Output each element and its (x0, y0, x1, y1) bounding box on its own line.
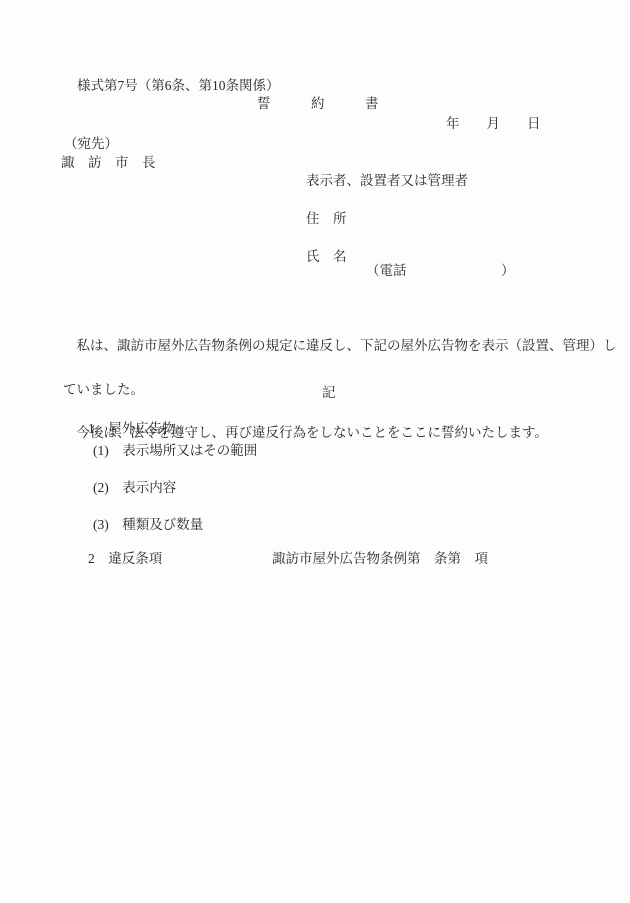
item-2-label: 2 違反条項 (88, 552, 162, 566)
addressee-prefix: （宛先） (64, 137, 118, 151)
addressee-name: 諏 訪 市 長 (61, 156, 156, 170)
record-marker: 記 (322, 386, 336, 400)
item-1-sub-1: (1) 表示場所又はその範囲 (93, 444, 257, 458)
pledge-line-2: ていました。 (63, 382, 617, 399)
item-1-sub-2: (2) 表示内容 (93, 481, 176, 495)
date-line: 年 月 日 (446, 117, 541, 131)
signer-phone-label: （電話 ） (366, 264, 515, 278)
item-1-sub-3: (3) 種類及び数量 (93, 518, 203, 532)
document-title: 誓 約 書 (257, 97, 379, 111)
signer-name-label: 氏 名 (306, 250, 347, 264)
pledge-form-page: 様式第7号（第6条、第10条関係） 誓 約 書 年 月 日 （宛先） 諏 訪 市… (0, 0, 630, 903)
pledge-line-1: 私は、諏訪市屋外広告物条例の規定に違反し、下記の屋外広告物を表示（設置、管理）し (63, 338, 617, 355)
form-number: 様式第7号（第6条、第10条関係） (77, 79, 280, 93)
signer-address-label: 住 所 (306, 212, 347, 226)
signer-role-label: 表示者、設置者又は管理者 (306, 174, 468, 188)
item-2-value: 諏訪市屋外広告物条例第 条第 項 (272, 552, 488, 566)
item-1-label: 1 屋外広告物 (88, 422, 176, 436)
